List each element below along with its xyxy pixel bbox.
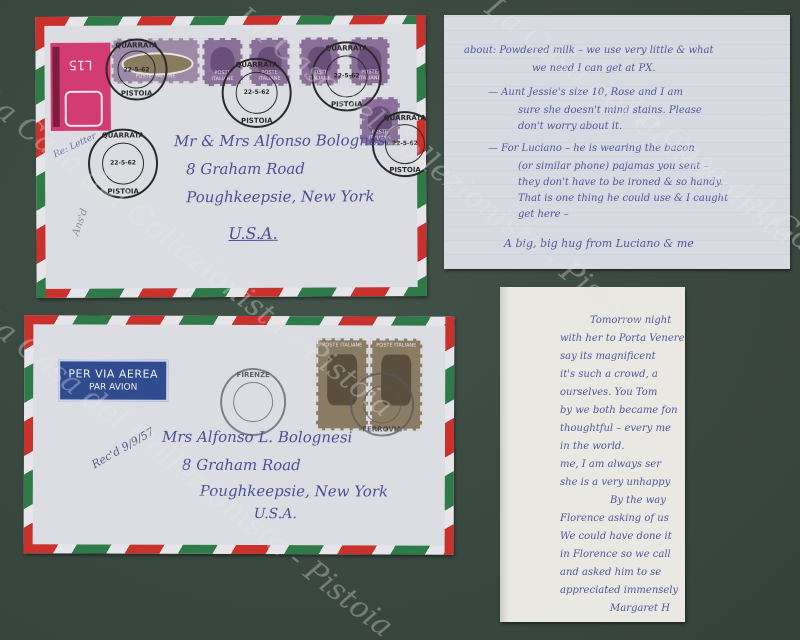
postmark-town: QUARRATA xyxy=(224,61,290,69)
postmark-province: PISTOIA xyxy=(374,166,427,174)
letter-line: Tomorrow night xyxy=(590,315,671,326)
postmark-province: PISTOIA xyxy=(90,187,156,195)
air-label-line-1: PER VIA AEREA xyxy=(60,367,166,380)
postmark-province: PISTOIA xyxy=(314,100,380,108)
letter-line: by we both became fon xyxy=(560,405,678,416)
letter-line: we need I can get at PX. xyxy=(532,63,656,74)
letter-line: she is a very unhappy xyxy=(560,477,670,488)
airmail-border-top xyxy=(24,315,454,326)
address-line-3: Poughkeepsie, New York xyxy=(186,187,374,206)
address-line-4: U.S.A. xyxy=(254,506,297,522)
envelope-bottom: PER VIA AEREA PAR AVION POSTE ITALIANE P… xyxy=(24,315,455,554)
letter-line: say its magnificent xyxy=(560,351,656,362)
address-line-3: Poughkeepsie, New York xyxy=(200,482,388,501)
address-line-2: 8 Graham Road xyxy=(186,160,305,179)
letter-line: and asked him to se xyxy=(560,567,661,578)
postmark: FIRENZE xyxy=(220,368,286,436)
letter-page-bottom: Tomorrow night with her to Porta Venere … xyxy=(500,287,685,622)
airmail-border-left xyxy=(24,315,34,553)
postmark-date: 22-5-62 xyxy=(108,66,166,73)
letter-page-top: about: Powdered milk – we use very littl… xyxy=(444,15,790,269)
postmark-town: QUARRATA xyxy=(90,131,156,139)
letter-line: with her to Porta Venere xyxy=(560,333,685,344)
envelope-top: L15 POSTE ITALIANE POSTE ITALIANE POSTE … xyxy=(35,15,426,298)
letter-line: get here – xyxy=(518,209,569,220)
letter-line: don't worry about it. xyxy=(518,121,622,132)
postmark-date: 22-5-62 xyxy=(90,159,156,166)
postmark-province: PISTOIA xyxy=(108,89,166,97)
letter-line: (or similar phone) pajamas you sent – xyxy=(518,161,708,172)
letter-line: appreciated immensely xyxy=(560,585,678,596)
stamp-caption: POSTE ITALIANE xyxy=(318,342,366,348)
address-line-1: Mrs Alfonso L. Bolognesi xyxy=(162,428,352,447)
postmark: QUARRATA22-5-62PISTOIA xyxy=(221,58,291,128)
letter-line: Margaret H xyxy=(610,603,670,614)
postmark-town: QUARRATA xyxy=(107,41,165,49)
letter-line: sure she doesn't mind stains. Please xyxy=(518,105,702,116)
postmark: QUARRATA22-5-62PISTOIA xyxy=(105,38,167,100)
horse-emblem-icon xyxy=(65,91,103,127)
airmail-border-bottom xyxy=(24,544,454,555)
address-line-2: 8 Graham Road xyxy=(182,456,301,474)
letter-line: ourselves. You Tom xyxy=(560,387,657,398)
letter-line: By the way xyxy=(610,495,666,506)
letter-line: about: Powdered milk – we use very littl… xyxy=(464,45,713,56)
postmark: FERROVIA xyxy=(350,372,414,436)
par-avion-label: PER VIA AEREA PAR AVION xyxy=(58,359,168,401)
stamp-caption: POSTE ITALIANE xyxy=(372,342,420,348)
postmark-town: QUARRATA xyxy=(313,44,379,52)
letter-line: We could have done it xyxy=(560,531,672,542)
letter-line: That is one thing he could use & I caugh… xyxy=(518,193,728,204)
letter-line: thoughtful – every me xyxy=(560,423,671,434)
postmark: QUARRATA22-5-62PISTOIA xyxy=(88,128,158,198)
postmark: QUARRATA22-5-62PISTOIA xyxy=(311,41,381,111)
airmail-border-top xyxy=(35,15,425,26)
received-note: Rec'd 9/9/57 xyxy=(89,425,156,471)
letter-line: it's such a crowd, a xyxy=(560,369,658,380)
airmail-border-right xyxy=(445,317,455,555)
letter-line: they don't have to be ironed & so handy. xyxy=(518,177,723,188)
air-label-line-2: PAR AVION xyxy=(60,382,166,392)
airmail-border-left xyxy=(35,17,45,298)
postmark-province: FERROVIA xyxy=(352,425,412,433)
postmark-town: QUARRATA xyxy=(374,114,427,122)
letter-line: — For Luciano – he is wearing the bacon xyxy=(488,143,695,154)
express-label: L15 xyxy=(50,43,110,131)
address-line-4: U.S.A. xyxy=(228,224,277,243)
letter-closing: A big, big hug from Luciano & me xyxy=(504,237,694,250)
postmark-town: FIRENZE xyxy=(222,371,284,379)
express-label-value: L15 xyxy=(50,57,110,72)
postmark-date: 22-5-62 xyxy=(224,89,290,96)
postmark-date: 22-5-62 xyxy=(314,72,380,79)
address-line-1: Mr & Mrs Alfonso Bolognesi xyxy=(174,131,390,150)
postmark-province: PISTOIA xyxy=(224,117,290,125)
letter-line: Florence asking of us xyxy=(560,513,669,524)
letter-line: — Aunt Jessie's size 10, Rose and I am xyxy=(488,87,683,98)
letter-line: in Florence so we call xyxy=(560,549,671,560)
pencil-note: Ans'd xyxy=(70,207,90,237)
letter-line: me, I am always ser xyxy=(560,459,661,470)
letter-line: in the world. xyxy=(560,441,625,452)
